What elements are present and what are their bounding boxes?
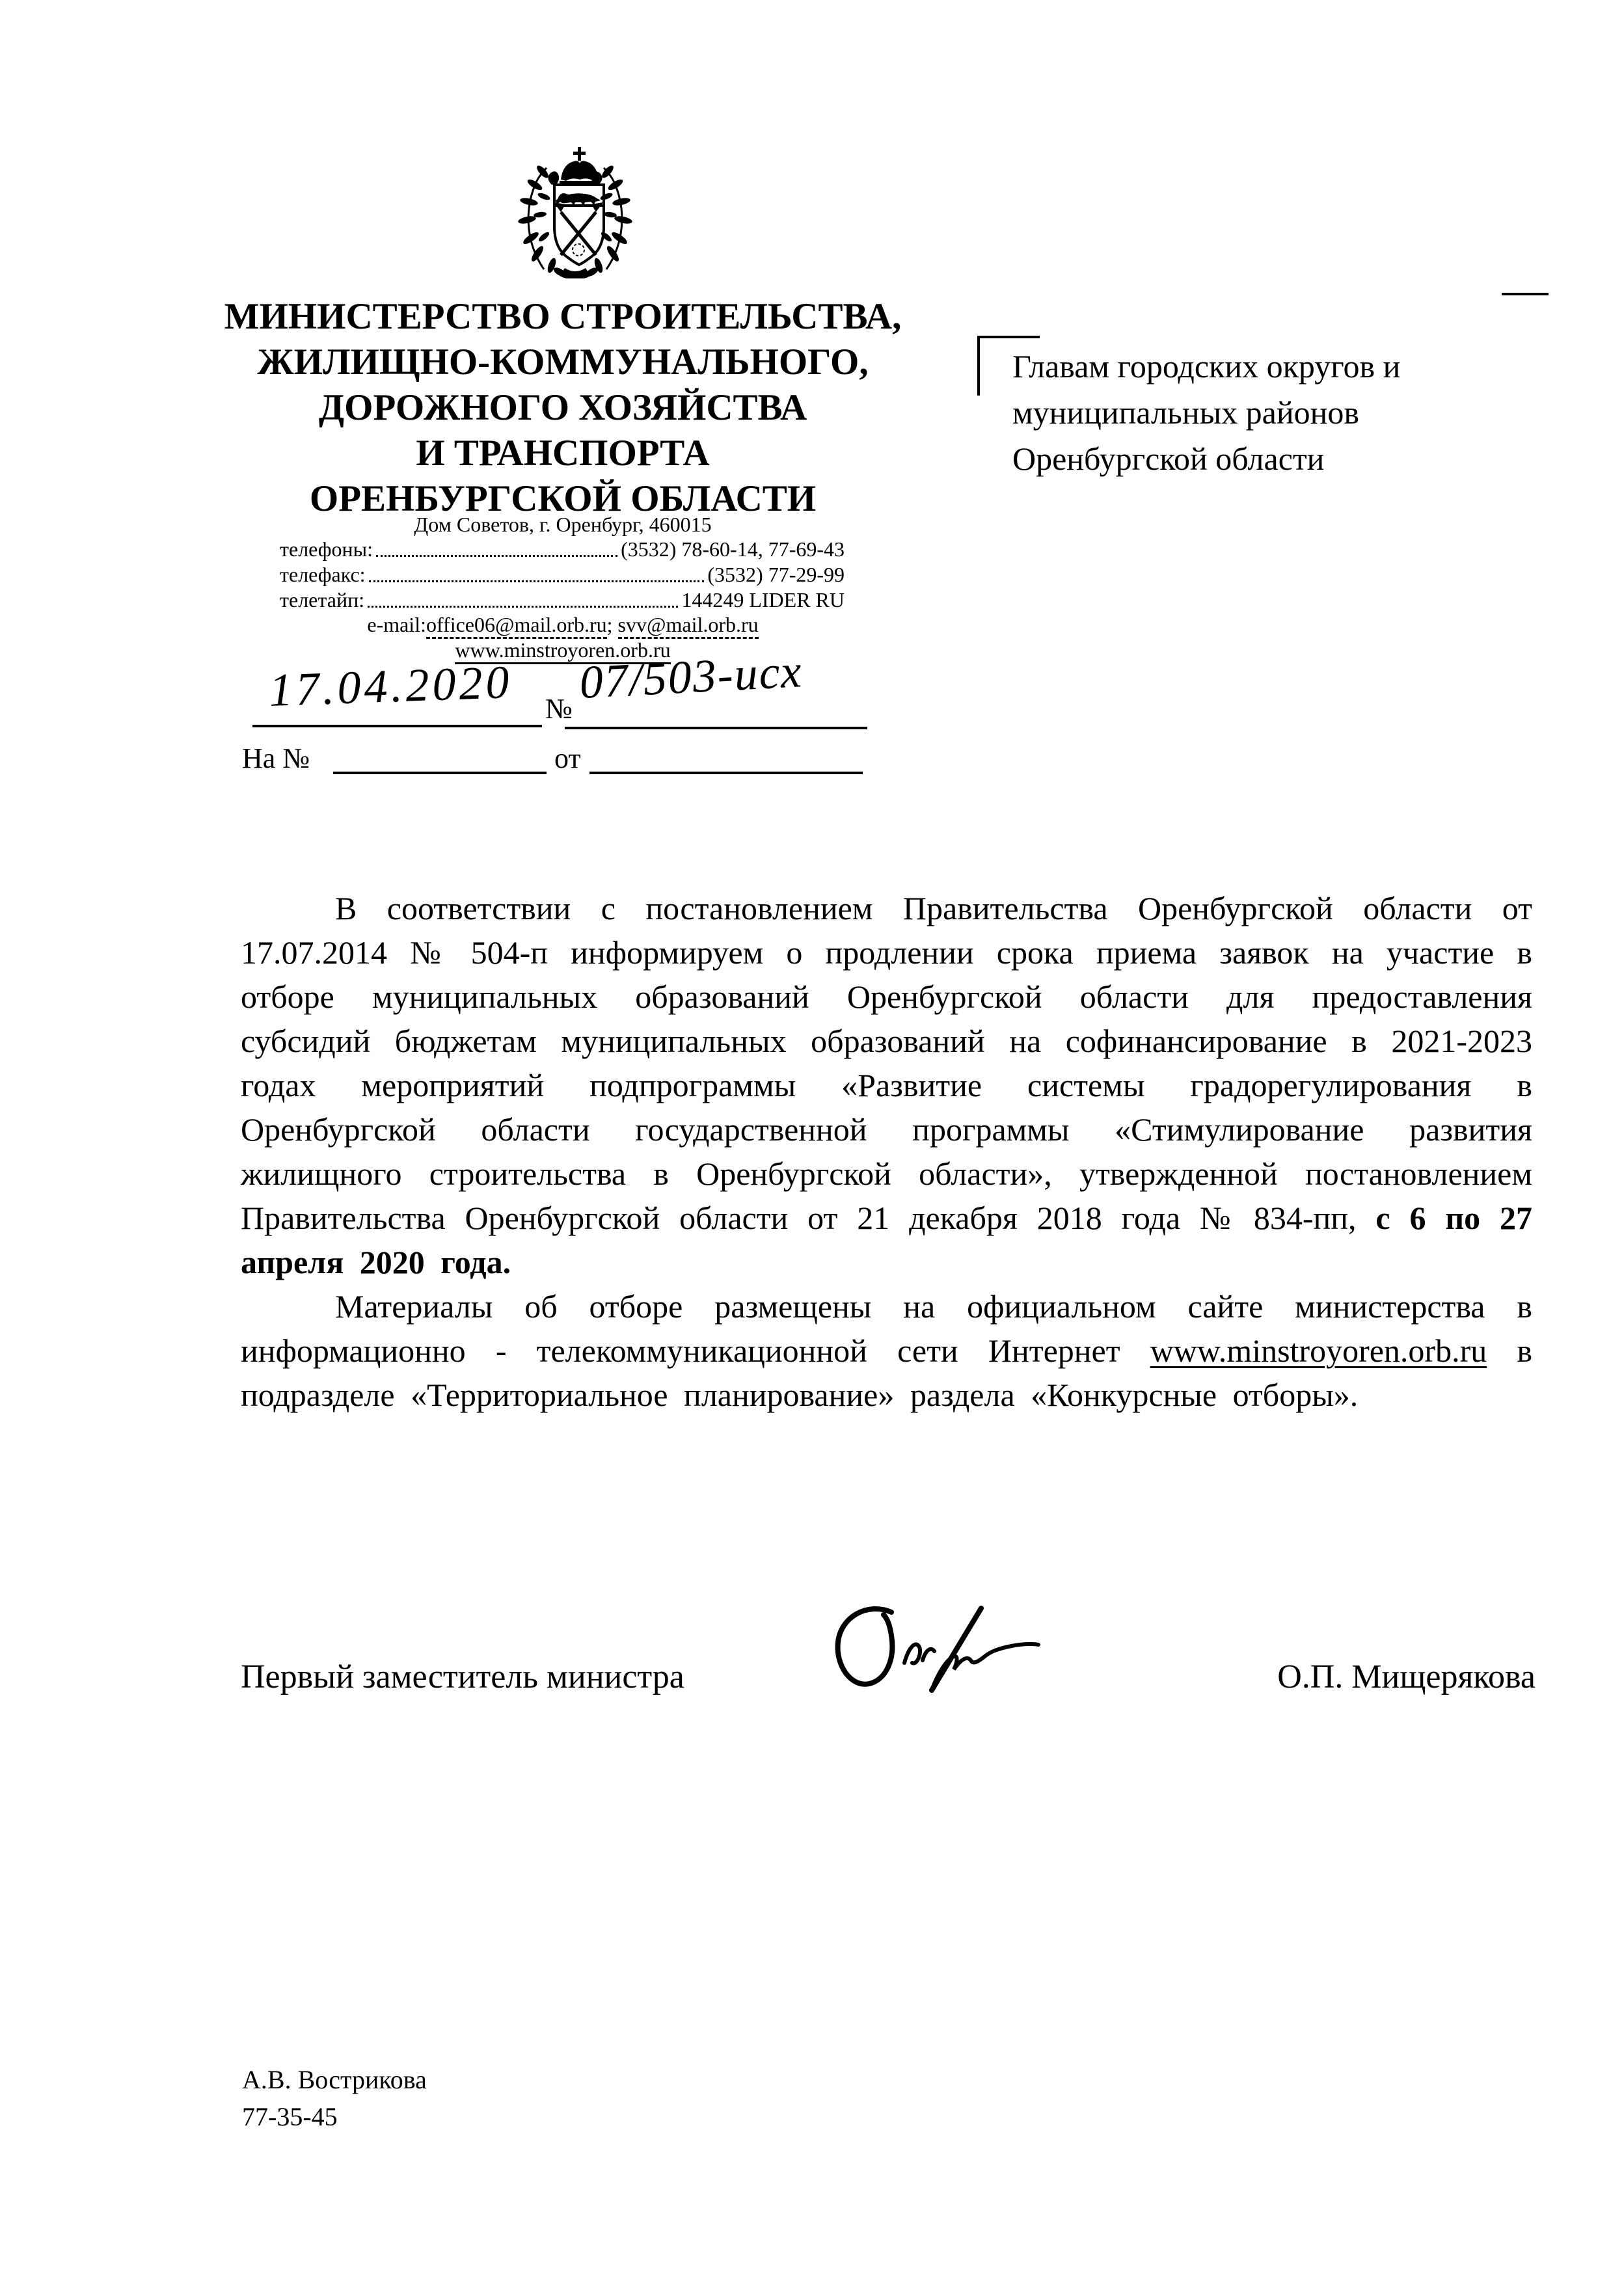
recipient-line: Главам городских округов и: [1012, 344, 1533, 390]
signature-autograph: [826, 1593, 1048, 1710]
website-line: www.minstroyoren.orb.ru: [215, 638, 911, 662]
ministry-line: МИНИСТЕРСТВО СТРОИТЕЛЬСТВА,: [215, 294, 911, 340]
email-separator: ;: [607, 613, 613, 636]
body-paragraph-2: Материалы об отборе размещены на официал…: [241, 1284, 1532, 1417]
recipient-line: Оренбургской области: [1012, 436, 1533, 482]
reply-to-number-label: На №: [242, 742, 310, 775]
orenburg-coat-of-arms-icon: [496, 142, 655, 278]
ministry-line: ЖИЛИЩНО-КОММУНАЛЬНОГО,: [215, 340, 911, 385]
contact-row-fax: телефакс: (3532) 77-29-99: [280, 561, 845, 587]
address-zone-bracket: [977, 336, 1040, 338]
dot-leader: [376, 555, 617, 557]
email-line: e-mail:office06@mail.orb.ru; svv@mail.or…: [215, 613, 911, 637]
executor-phone: 77-35-45: [242, 2098, 427, 2135]
scanned-letter-page: МИНИСТЕРСТВО СТРОИТЕЛЬСТВА, ЖИЛИЩНО-КОММ…: [0, 0, 1624, 2279]
number-underline: [565, 727, 867, 729]
dot-leader: [369, 580, 705, 582]
contact-row-teletype: телетайп: 144249 LIDER RU: [280, 587, 845, 612]
email-address-primary: office06@mail.orb.ru: [426, 613, 607, 639]
reply-date-blank: [589, 772, 863, 774]
contact-label: телетайп:: [280, 588, 364, 612]
executor-name: А.В. Вострикова: [242, 2061, 427, 2098]
ministry-line: И ТРАНСПОРТА: [215, 431, 911, 476]
ministry-line: ДОРОЖНОГО ХОЗЯЙСТВА: [215, 385, 911, 431]
page-corner-mark: [1502, 293, 1549, 295]
signer-position-title: Первый заместитель министра: [241, 1658, 684, 1696]
address-zone-bracket: [977, 336, 980, 396]
email-label: e-mail:: [367, 613, 426, 636]
paragraph-text: В соответствии с постановлением Правител…: [241, 890, 1532, 1236]
reply-number-blank: [333, 772, 547, 774]
date-underline: [252, 725, 542, 727]
signer-name: О.П. Мищерякова: [1277, 1658, 1536, 1696]
contact-list: телефоны: (3532) 78-60-14, 77-69-43 теле…: [280, 536, 845, 612]
email-address-secondary: svv@mail.orb.ru: [618, 613, 759, 639]
ministry-name-block: МИНИСТЕРСТВО СТРОИТЕЛЬСТВА, ЖИЛИЩНО-КОММ…: [215, 294, 911, 522]
contact-label: телефоны:: [280, 537, 373, 561]
website-url-inline: www.minstroyoren.orb.ru: [1150, 1332, 1487, 1369]
recipient-block: Главам городских округов и муниципальных…: [1012, 344, 1533, 482]
contact-value: 144249 LIDER RU: [681, 588, 845, 612]
letter-body: В соответствии с постановлением Правител…: [241, 886, 1532, 1417]
handwritten-outgoing-number: 07/503-исх: [578, 644, 804, 710]
contact-label: телефакс:: [280, 563, 366, 587]
body-paragraph-1: В соответствии с постановлением Правител…: [241, 886, 1532, 1284]
number-sign-label: №: [545, 692, 573, 725]
ministry-postal-address: Дом Советов, г. Оренбург, 460015: [215, 513, 911, 537]
contact-value: (3532) 78-60-14, 77-69-43: [621, 537, 845, 561]
reply-from-label: от: [554, 742, 581, 775]
executor-note: А.В. Вострикова 77-35-45: [242, 2061, 427, 2135]
dot-leader: [368, 606, 678, 608]
recipient-line: муниципальных районов: [1012, 390, 1533, 436]
contact-value: (3532) 77-29-99: [707, 563, 845, 587]
contact-row-phones: телефоны: (3532) 78-60-14, 77-69-43: [280, 536, 845, 561]
handwritten-letter-date: 17.04.2020: [268, 655, 513, 718]
